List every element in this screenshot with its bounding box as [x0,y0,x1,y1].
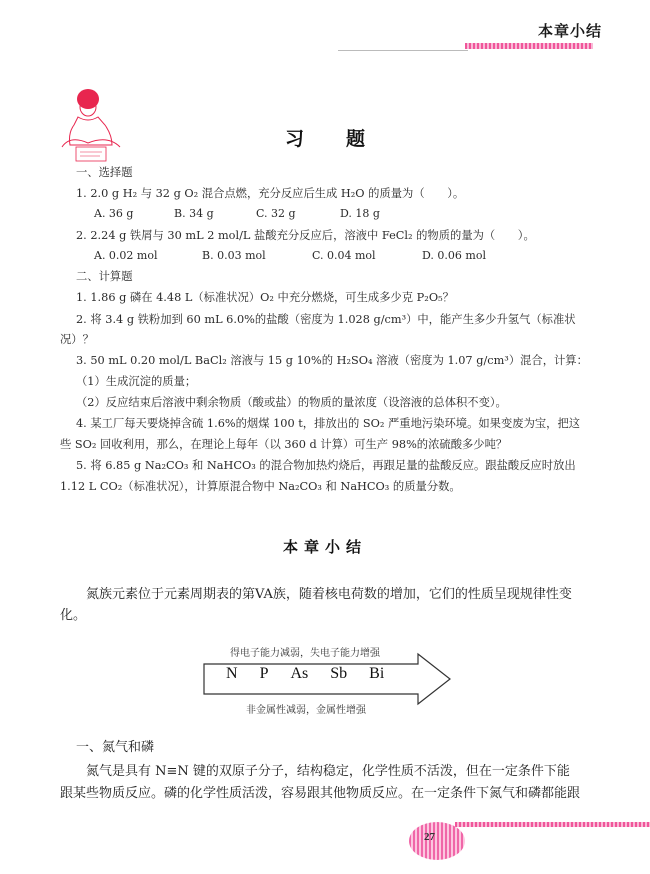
choice-question-1: 1. 2.0 g H₂ 与 32 g O₂ 混合点燃，充分反应后生成 H₂O 的… [76,187,464,201]
option-b: B. 0.03 mol [202,249,266,262]
running-header-title: 本章小结 [538,20,602,41]
page-number: 27 [424,831,435,843]
element-p: P [260,665,269,683]
subsection-heading: 一、氮气和磷 [76,738,154,758]
option-d: D. 18 g [340,207,380,220]
calc-section-heading: 二、计算题 [76,270,133,284]
calc-question-3: 3. 50 mL 0.20 mol/L BaCl₂ 溶液与 15 g 10%的 … [76,354,588,368]
option-b: B. 34 g [174,207,214,220]
calc-question-5-cont: 1.12 L CO₂（标准状况），计算原混合物中 Na₂CO₃ 和 NaHCO₃… [60,480,461,494]
subsection-paragraph-cont: 跟某些物质反应。磷的化学性质活泼，容易跟其他物质反应。在一定条件下氮气和磷都能跟 [60,784,580,804]
calc-question-5: 5. 将 6.85 g Na₂CO₃ 和 NaHCO₃ 的混合物加热灼烧后，再跟… [76,459,576,473]
exercises-title: 习题 [0,124,650,151]
periodic-trend-diagram: 得电子能力减弱，失电子能力增强 N P As Sb Bi 非金属性减弱，金属性增… [200,640,460,720]
element-sb: Sb [330,665,347,683]
calc-question-3-part-2: （2）反应结束后溶液中剩余物质（酸或盐）的物质的量浓度（设溶液的总体积不变）。 [76,396,507,410]
calc-question-1: 1. 1.86 g 磷在 4.48 L（标准状况）O₂ 中充分燃烧，可生成多少克… [76,291,454,305]
subsection-paragraph: 氮气是具有 N≡N 键的双原子分子，结构稳定，化学性质不活泼，但在一定条件下能 [86,762,570,782]
option-d: D. 0.06 mol [422,249,486,262]
summary-intro: 氮族元素位于元素周期表的第VA族，随着核电荷数的增加，它们的性质呈现规律性变 [86,585,572,605]
option-a: A. 0.02 mol [94,249,158,262]
calc-question-3-part-1: （1）生成沉淀的质量； [76,375,196,389]
choice-section-heading: 一、选择题 [76,166,133,180]
option-c: C. 32 g [256,207,296,220]
element-bi: Bi [369,665,384,683]
chapter-summary-title: 本章小结 [0,536,650,557]
calc-question-2: 2. 将 3.4 g 铁粉加到 60 mL 6.0%的盐酸（密度为 1.028 … [76,313,576,327]
calc-question-2-cont: 况）？ [60,333,94,347]
header-rule [338,50,468,51]
header-pink-band [465,43,593,49]
arrow-bottom-label: 非金属性减弱，金属性增强 [246,701,366,716]
choice-question-2: 2. 2.24 g 铁屑与 30 mL 2 mol/L 盐酸充分反应后，溶液中 … [76,229,535,243]
summary-intro-cont: 化。 [60,606,86,626]
option-a: A. 36 g [94,207,133,220]
element-n: N [226,665,238,683]
calc-question-4-cont: 些 SO₂ 回收利用，那么，在理论上每年（以 360 d 计算）可生产 98%的… [60,438,507,452]
page-number-badge [409,822,465,860]
element-list: N P As Sb Bi [226,665,384,683]
option-c: C. 0.04 mol [312,249,376,262]
footer-pink-band [455,822,650,827]
element-as: As [290,665,308,683]
calc-question-4: 4. 某工厂每天要烧掉含硫 1.6%的烟煤 100 t，排放出的 SO₂ 严重地… [76,417,580,431]
